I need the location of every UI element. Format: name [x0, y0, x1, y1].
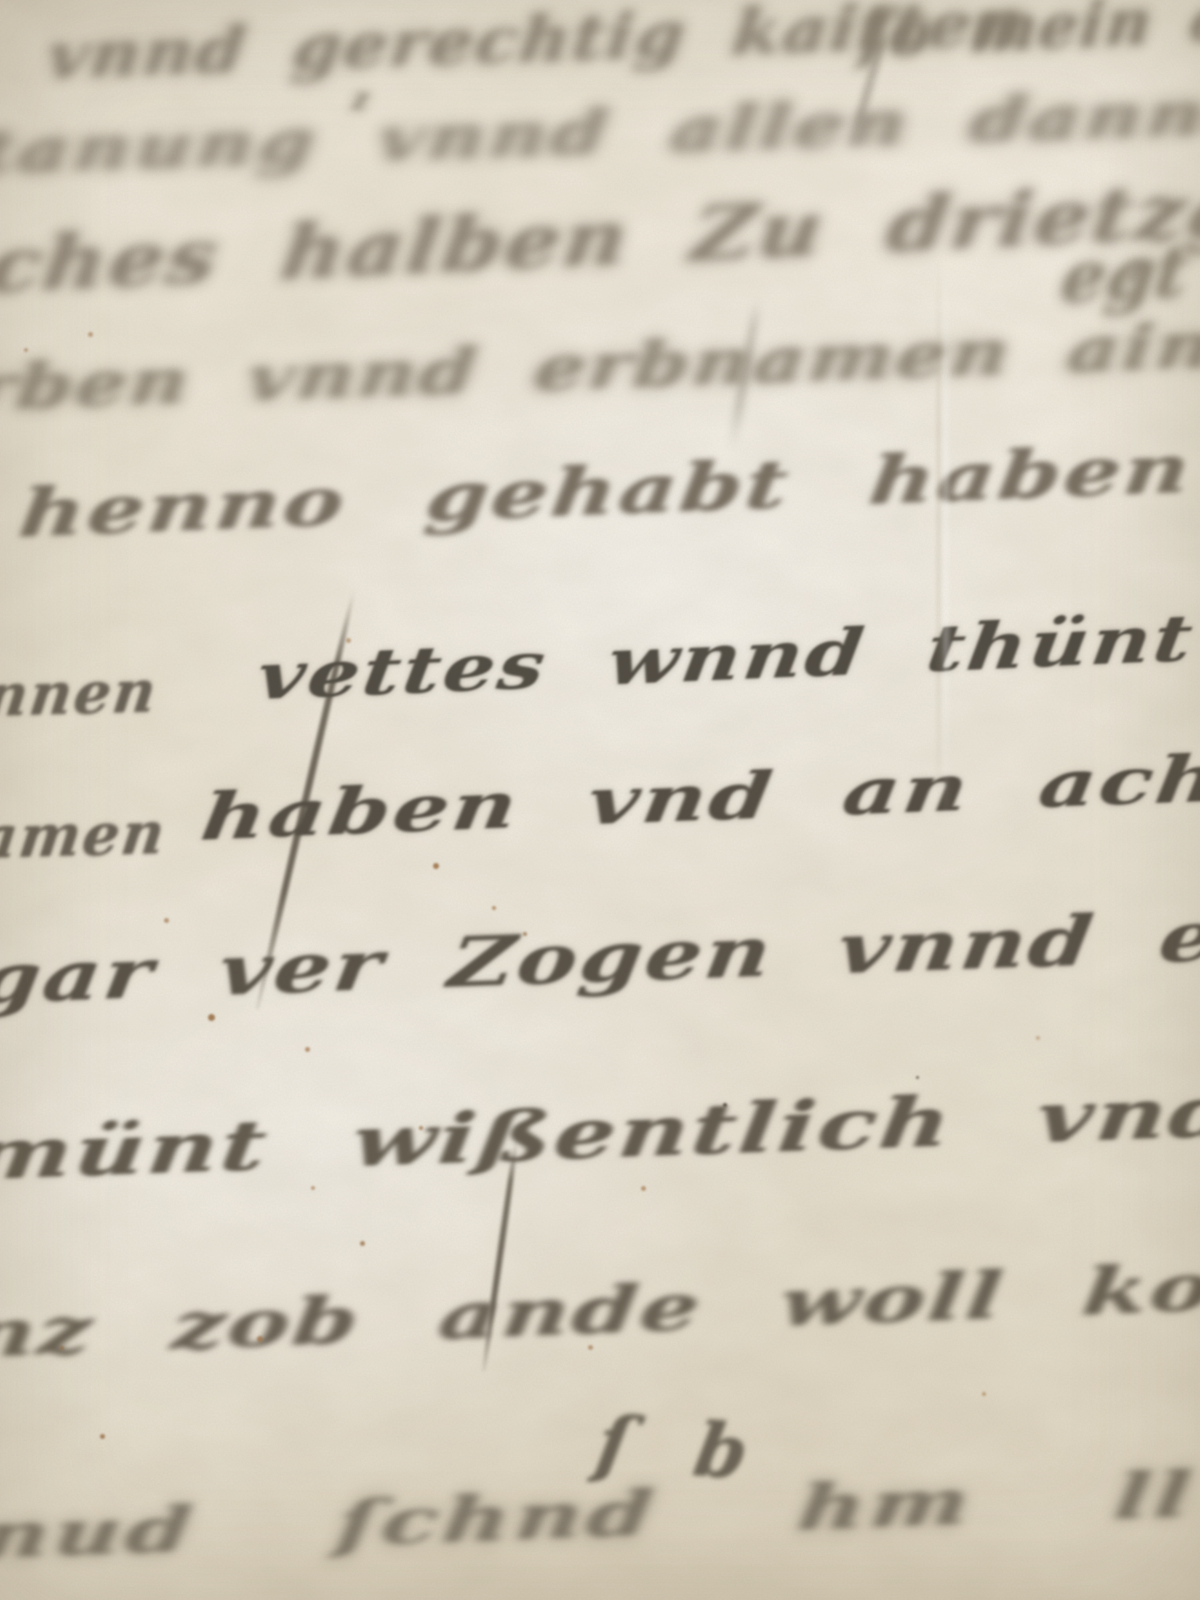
handwriting-line-4: rben vnnd erbnamen aind en: [0, 300, 1200, 425]
stray-mark: z: [1125, 250, 1149, 288]
pen-flourish-stroke: [254, 590, 358, 1011]
foxing-spot: [419, 1126, 423, 1130]
pen-flourish-stroke: [481, 1139, 520, 1373]
foxing-spot: [311, 1186, 315, 1190]
handwriting-line-7-left: amen: [0, 799, 170, 872]
foxing-spot: [60, 1346, 64, 1350]
handwriting-descender-flourish: ſ b: [590, 1400, 754, 1496]
ink-speck: [916, 1076, 919, 1079]
foxing-spot: [360, 1241, 365, 1246]
foxing-spot: [1036, 1036, 1040, 1040]
handwriting-line-10: nz zob ande woll kommen: [0, 1237, 1200, 1373]
handwriting-line-7-main: haben vnd an acht n: [197, 734, 1200, 856]
pen-flourish-stroke: [729, 299, 761, 448]
pen-flourish-stroke: [848, 22, 890, 151]
stray-mark: z: [350, 82, 372, 117]
foxing-spot: [164, 918, 169, 923]
handwriting-line-6-main: vettes wnnd thünt b: [253, 595, 1200, 715]
ink-speck: [723, 1103, 727, 1107]
foxing-spot: [523, 932, 527, 936]
paper-crease-line: [944, 250, 948, 830]
foxing-spot: [346, 638, 351, 643]
handwriting-line-5: henno gehabt haben ad: [15, 421, 1200, 552]
handwriting-line-3-end: egt: [1057, 229, 1193, 319]
foxing-spot: [492, 906, 496, 910]
foxing-spot: [100, 1434, 105, 1439]
handwriting-line-8: gar ver Zogen vnnd eggen: [0, 887, 1200, 1020]
handwriting-line-11-bottom-cut: nud ſchnd hm ll: [0, 1457, 1199, 1573]
paper-crease-shadow: [937, 250, 940, 830]
photo-vignette: [0, 0, 1200, 1600]
foxing-spot: [305, 1047, 310, 1052]
foxing-spot: [257, 1336, 263, 1342]
foxing-spot: [24, 348, 28, 352]
handwriting-line-1-left: vnnd gerechtig kaitten: [43, 0, 1031, 93]
paper-grain-texture: [0, 0, 1200, 1600]
foxing-spot: [588, 1345, 593, 1350]
handwriting-line-9: münt wißentlich vnd b: [0, 1066, 1200, 1196]
handwriting-line-2: tanung vnnd allen dannen n: [0, 72, 1200, 188]
foxing-spot: [88, 332, 93, 337]
handwriting-line-6-left: nnen: [0, 657, 162, 730]
handwriting-line-3: ches halben Zu drietzgen: [0, 161, 1200, 311]
manuscript-photograph: vnnd gerechtig kaitten ſo mein o tanung …: [0, 0, 1200, 1600]
handwriting-line-1-right: ſo mein o: [858, 0, 1200, 71]
foxing-spot: [641, 1186, 646, 1191]
foxing-spot: [433, 863, 439, 869]
foxing-spot: [982, 1392, 986, 1396]
foxing-spot: [208, 1014, 215, 1021]
